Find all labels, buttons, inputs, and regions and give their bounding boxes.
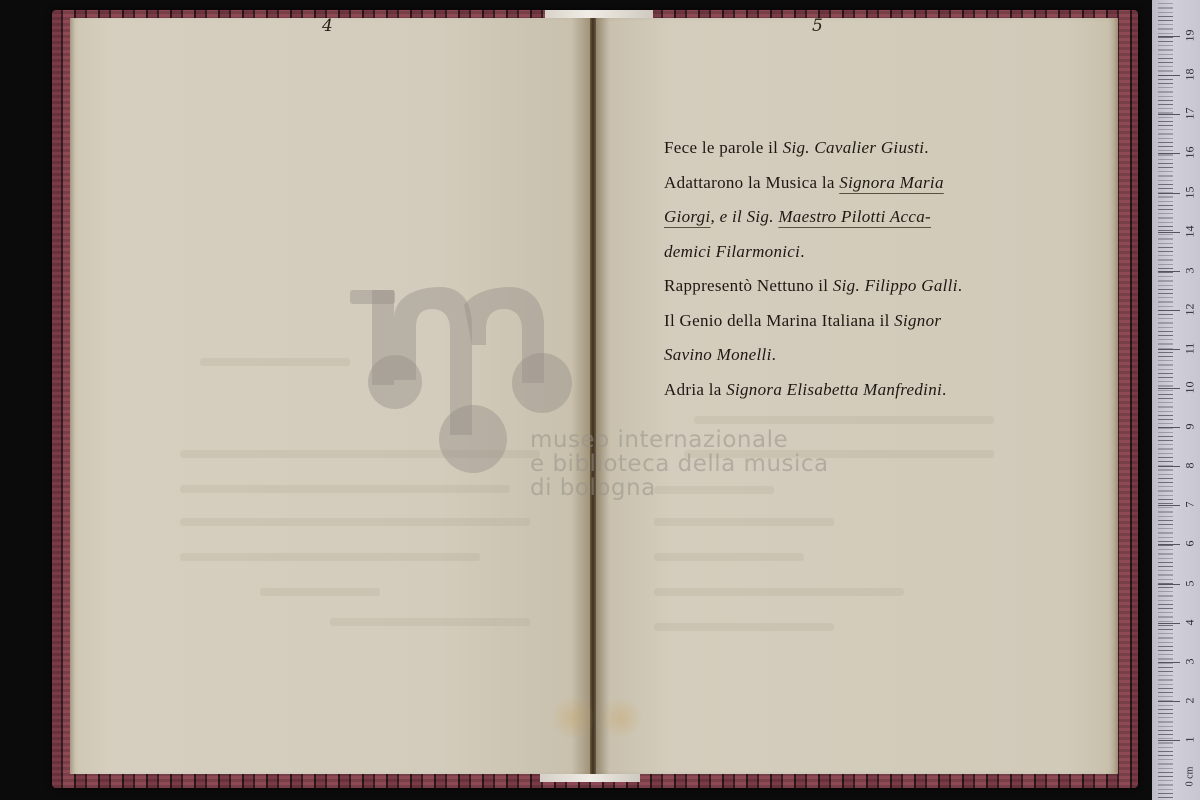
ruler-major-tick — [1158, 505, 1180, 506]
text-segment: demici Filarmonici — [664, 242, 800, 261]
ruler-label: 4 — [1183, 612, 1198, 632]
bleed-through-text — [654, 588, 904, 596]
text-segment: . — [772, 345, 777, 364]
ruler-label: 17 — [1183, 104, 1198, 124]
ruler-label: 5 — [1183, 573, 1198, 593]
text-segment: . — [942, 380, 947, 399]
text-segment: Sig. Filippo Galli — [833, 276, 958, 295]
text-line: Il Genio della Marina Italiana il Signor — [664, 307, 1014, 342]
ruler-label: 11 — [1183, 338, 1198, 358]
ruler-major-tick — [1158, 701, 1180, 702]
ruler-label: 2 — [1183, 0, 1198, 7]
ruler-label: 1 — [1183, 729, 1198, 749]
text-line: Rappresentò Nettuno il Sig. Filippo Gall… — [664, 272, 1014, 307]
measurement-ruler: 0 cm12345678910111231415161718192 — [1152, 0, 1200, 800]
bleed-through-text — [654, 623, 834, 631]
paper-stain — [548, 698, 598, 738]
ruler-major-tick — [1158, 153, 1180, 154]
text-line: Giorgi, e il Sig. Maestro Pilotti Acca- — [664, 203, 1014, 238]
bleed-through-text — [180, 553, 480, 561]
bleed-through-text — [200, 358, 350, 366]
ruler-label: 16 — [1183, 143, 1198, 163]
ruler-major-tick — [1158, 623, 1180, 624]
text-line: Fece le parole il Sig. Cavalier Giusti. — [664, 134, 1014, 169]
text-segment: Signora Maria — [839, 173, 944, 192]
left-page — [70, 18, 592, 774]
text-segment: Sig. Cavalier Giusti — [783, 138, 925, 157]
text-segment: Maestro Pilotti Acca- — [778, 207, 931, 226]
ruler-label: 9 — [1183, 417, 1198, 437]
ruler-label: 6 — [1183, 534, 1198, 554]
ruler-major-tick — [1158, 544, 1180, 545]
ruler-label: 12 — [1183, 299, 1198, 319]
ruler-major-tick — [1158, 310, 1180, 311]
ruler-label: 2 — [1183, 690, 1198, 710]
bleed-through-text — [330, 618, 530, 626]
page-number-right: 5 — [812, 16, 823, 36]
ruler-major-tick — [1158, 388, 1180, 389]
ruler-unit-label: 0 cm — [1185, 767, 1196, 787]
ruler-label: 18 — [1183, 65, 1198, 85]
text-segment: Adattarono la Musica la — [664, 173, 839, 192]
ruler-label: 3 — [1183, 260, 1198, 280]
printed-text-block: Fece le parole il Sig. Cavalier Giusti.A… — [664, 134, 1014, 410]
text-line: Savino Monelli. — [664, 341, 1014, 376]
ruler-major-tick — [1158, 584, 1180, 585]
text-segment: . — [958, 276, 963, 295]
book-gutter — [590, 18, 596, 778]
ruler-major-tick — [1158, 36, 1180, 37]
bleed-through-text — [694, 416, 994, 424]
text-segment: Savino Monelli — [664, 345, 772, 364]
text-segment: Rappresentò Nettuno il — [664, 276, 833, 295]
text-segment: . — [800, 242, 805, 261]
text-segment: Signora Elisabetta Manfredini — [726, 380, 942, 399]
ruler-major-tick — [1158, 271, 1180, 272]
bleed-through-text — [260, 588, 380, 596]
bleed-through-text — [654, 553, 804, 561]
ruler-label: 14 — [1183, 221, 1198, 241]
paper-stain — [598, 698, 644, 738]
page-number-left: 4 — [322, 16, 333, 36]
text-line: demici Filarmonici. — [664, 238, 1014, 273]
ruler-label: 15 — [1183, 182, 1198, 202]
text-segment: Adria la — [664, 380, 726, 399]
ruler-major-tick — [1158, 114, 1180, 115]
ruler-major-tick — [1158, 75, 1180, 76]
text-segment: Fece le parole il — [664, 138, 783, 157]
ruler-label: 8 — [1183, 456, 1198, 476]
text-segment: Giorgi — [664, 207, 711, 226]
ruler-major-tick — [1158, 232, 1180, 233]
ruler-label: 19 — [1183, 26, 1198, 46]
text-line: Adattarono la Musica la Signora Maria — [664, 169, 1014, 204]
text-segment: , e il Sig. — [711, 207, 779, 226]
ruler-label: 10 — [1183, 378, 1198, 398]
bleed-through-text — [684, 450, 994, 458]
ruler-major-tick — [1158, 662, 1180, 663]
bleed-through-text — [180, 450, 540, 458]
bleed-through-text — [180, 485, 510, 493]
bleed-through-text — [654, 518, 834, 526]
text-segment: Il Genio della Marina Italiana il — [664, 311, 894, 330]
text-segment: . — [924, 138, 929, 157]
ruler-label: 3 — [1183, 651, 1198, 671]
text-segment: Signor — [894, 311, 941, 330]
bleed-through-text — [180, 518, 530, 526]
ruler-label: 7 — [1183, 495, 1198, 515]
ruler-major-tick — [1158, 466, 1180, 467]
ruler-major-tick — [1158, 349, 1180, 350]
ruler-major-tick — [1158, 740, 1180, 741]
spine-tape-bottom — [540, 774, 640, 782]
text-line: Adria la Signora Elisabetta Manfredini. — [664, 376, 1014, 411]
ruler-major-tick — [1158, 427, 1180, 428]
bleed-through-text — [654, 486, 774, 494]
ruler-major-tick — [1158, 193, 1180, 194]
